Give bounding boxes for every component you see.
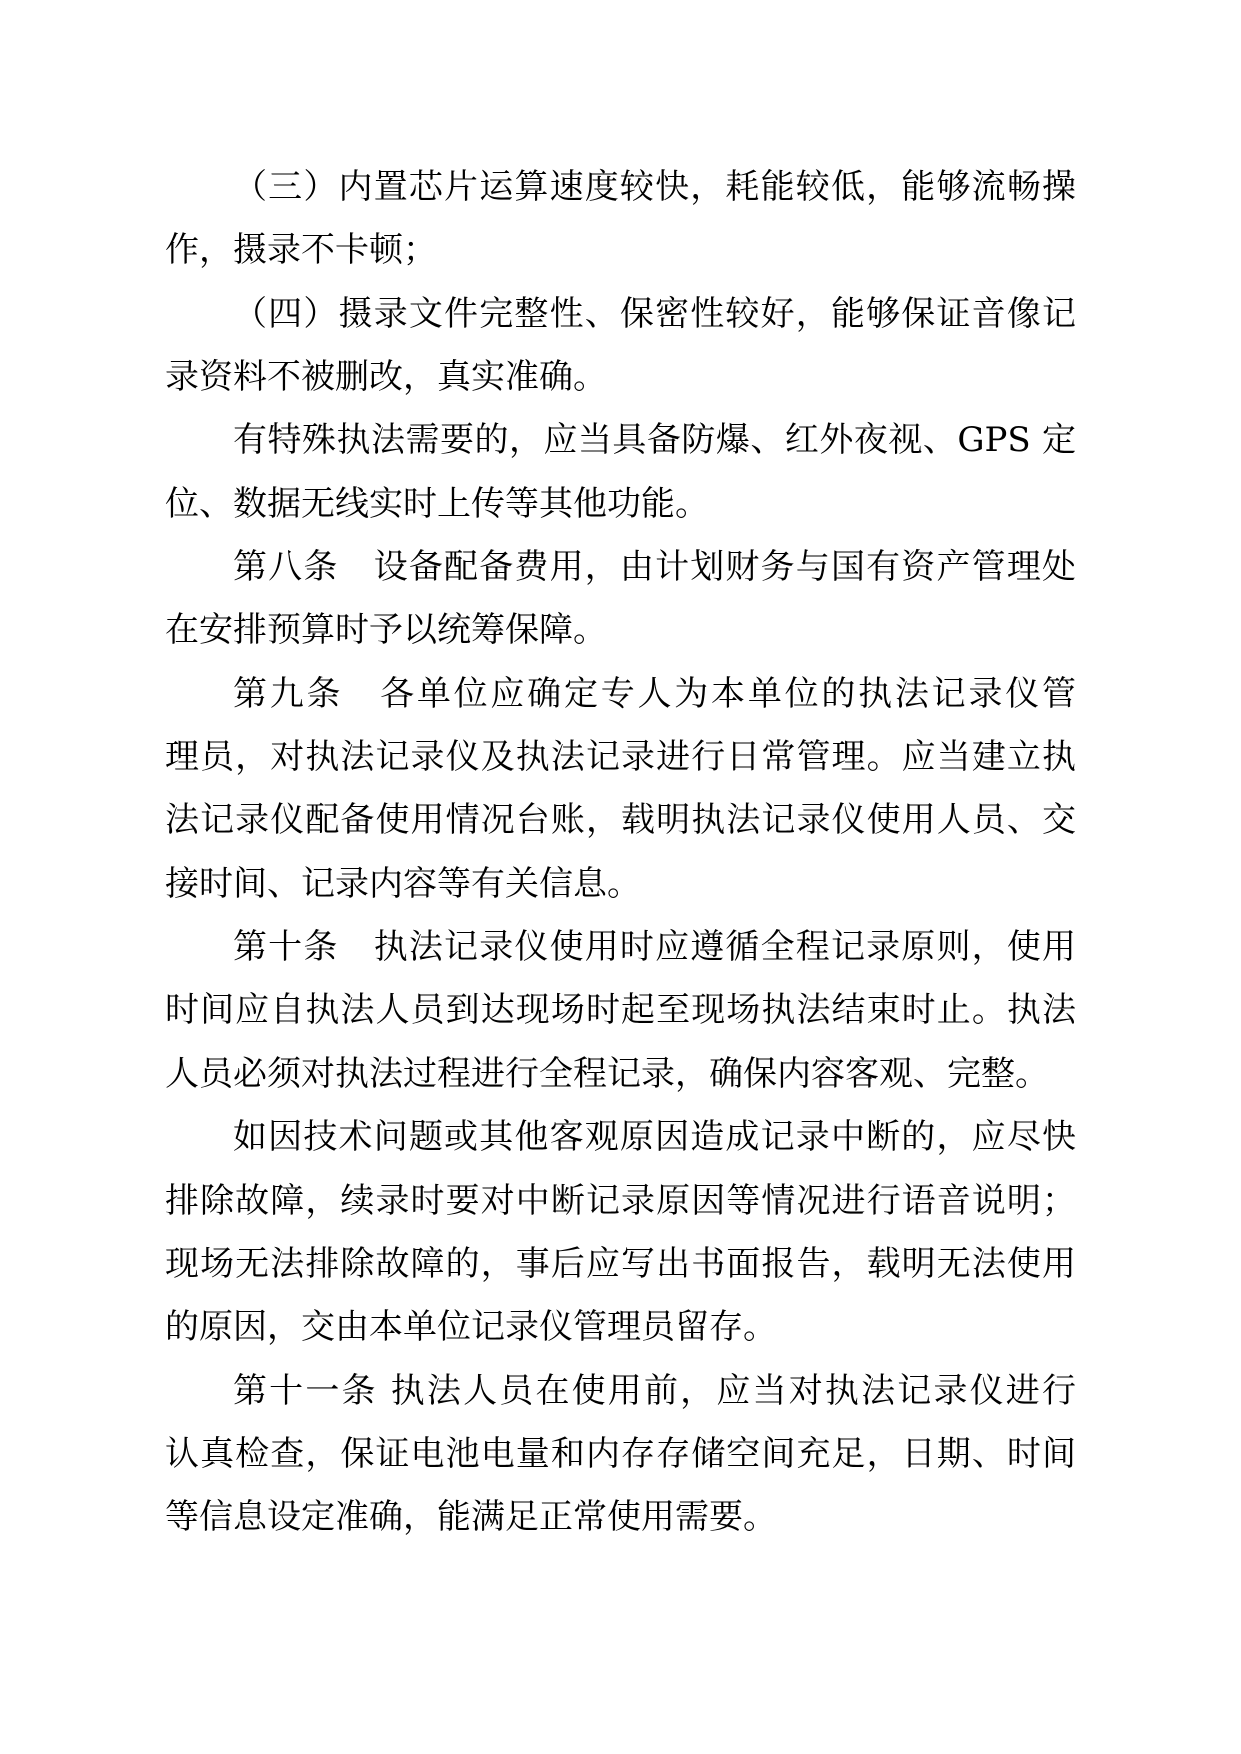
text-line: 作，摄录不卡顿； [165,219,1076,282]
text-line: 第八条 设备配备费用，由计划财务与国有资产管理处 [165,536,1076,599]
text-line: 第十一条 执法人员在使用前，应当对执法记录仪进行 [165,1360,1076,1423]
text-line: （四）摄录文件完整性、保密性较好，能够保证音像记 [165,283,1076,346]
text-line: 时间应自执法人员到达现场时起至现场执法结束时止。执法 [165,979,1076,1042]
text-line: 认真检查，保证电池电量和内存存储空间充足，日期、时间 [165,1423,1076,1486]
text-line: 理员，对执法记录仪及执法记录进行日常管理。应当建立执 [165,726,1076,789]
document-page: （三）内置芯片运算速度较快，耗能较低，能够流畅操作，摄录不卡顿；（四）摄录文件完… [0,0,1241,1754]
text-line: 位、数据无线实时上传等其他功能。 [165,473,1076,536]
text-line: 等信息设定准确，能满足正常使用需要。 [165,1486,1076,1549]
text-line: 有特殊执法需要的，应当具备防爆、红外夜视、GPS 定 [165,409,1076,472]
text-line: 排除故障，续录时要对中断记录原因等情况进行语音说明； [165,1170,1076,1233]
text-line: 录资料不被删改，真实准确。 [165,346,1076,409]
text-line: 接时间、记录内容等有关信息。 [165,853,1076,916]
text-line: 法记录仪配备使用情况台账，载明执法记录仪使用人员、交 [165,789,1076,852]
text-line: 如因技术问题或其他客观原因造成记录中断的，应尽快 [165,1106,1076,1169]
text-line: 人员必须对执法过程进行全程记录，确保内容客观、完整。 [165,1043,1076,1106]
text-line: 现场无法排除故障的，事后应写出书面报告，载明无法使用 [165,1233,1076,1296]
document-body: （三）内置芯片运算速度较快，耗能较低，能够流畅操作，摄录不卡顿；（四）摄录文件完… [165,156,1076,1550]
text-line: 第十条 执法记录仪使用时应遵循全程记录原则，使用 [165,916,1076,979]
text-line: 在安排预算时予以统筹保障。 [165,599,1076,662]
text-line: （三）内置芯片运算速度较快，耗能较低，能够流畅操 [165,156,1076,219]
text-line: 的原因，交由本单位记录仪管理员留存。 [165,1296,1076,1359]
text-line: 第九条 各单位应确定专人为本单位的执法记录仪管 [165,663,1076,726]
